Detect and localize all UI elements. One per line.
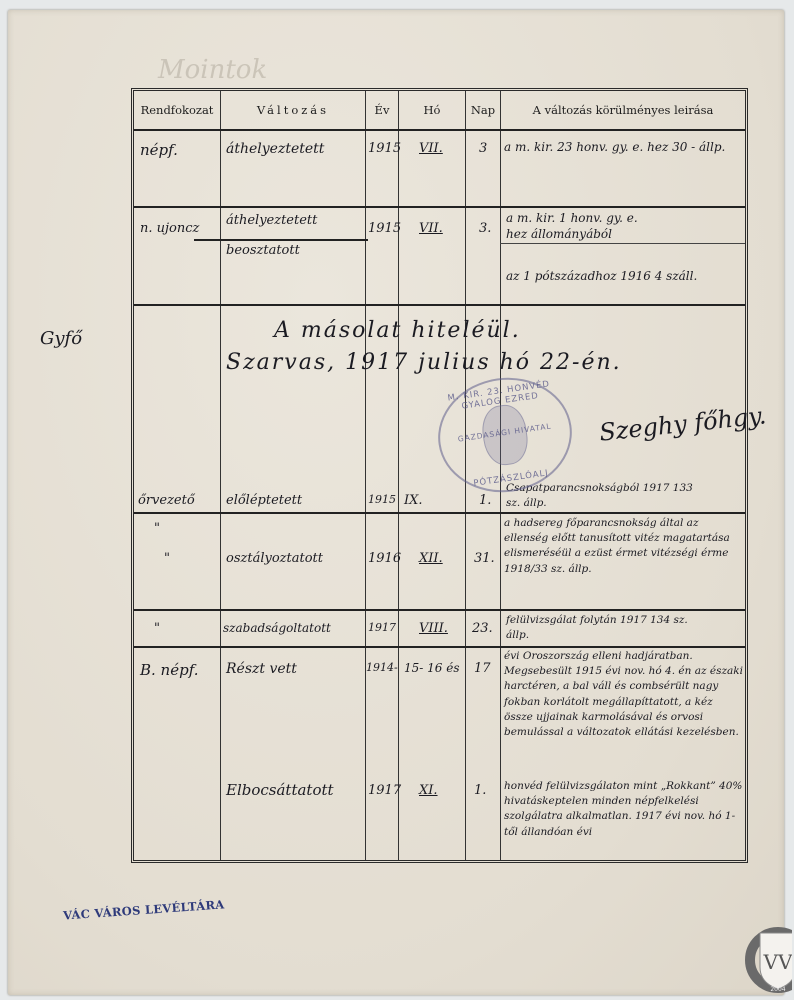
row1-change: áthelyeztetett (226, 141, 324, 159)
row5-change: szabadságoltatott (223, 621, 331, 636)
row6-day: 17 (474, 661, 491, 677)
row2-description-mid: hez állományából (506, 227, 612, 242)
record-table: Rendfokozat Változás Év Hó Nap A változá… (131, 88, 748, 863)
archive-stamp: VÁC VÁROS LEVÉLTÁRA (63, 897, 225, 922)
row5-year: 1917 (368, 621, 396, 635)
header-year: Év (366, 91, 398, 129)
row5-day: 23. (472, 621, 493, 637)
certification-line2: Szarvas, 1917 julius hó 22-én. (226, 349, 622, 377)
row7-month: XI. (419, 783, 438, 799)
row3-year: 1915 (368, 493, 396, 507)
certification-line1: A másolat hiteléül. (274, 317, 521, 345)
row1-month: VII. (419, 141, 443, 157)
row4-change: osztályoztatott (226, 551, 323, 567)
row7-year: 1917 (368, 783, 401, 799)
row1-description: a m. kir. 23 honv. gy. e. hez 30 - állp. (504, 139, 744, 156)
document-page: Mointok Gyfő Rendfokozat Változás Év Hó … (8, 10, 784, 995)
archive-logo: VV 2004 (738, 925, 792, 995)
row2-month: VII. (419, 221, 443, 237)
row2-change-bottom: beosztatott (226, 243, 300, 259)
header-month: Hó (399, 91, 465, 129)
row4-rank-ditto-2: " (164, 551, 170, 567)
row3-change: előléptetett (226, 493, 302, 509)
svg-text:VV: VV (763, 950, 792, 974)
row4-month: XII. (419, 551, 443, 567)
bleed-through-text: Mointok (158, 55, 267, 85)
row1-year: 1915 (368, 141, 401, 157)
row4-description: a hadsereg főparancsnokság által az elle… (504, 516, 744, 577)
row1-rank: népf. (140, 141, 178, 160)
row2-rank: n. ujoncz (140, 221, 199, 237)
row3-description: Csapatparancsnokságból 1917 133 sz. állp… (506, 481, 706, 511)
row3-day: 1. (479, 493, 491, 509)
row2-change-top: áthelyeztetett (226, 213, 317, 229)
row2-description-top: a m. kir. 1 honv. gy. e. (506, 211, 638, 226)
row5-rank-ditto: " (154, 621, 160, 637)
row5-description: felülvizsgálat folytán 1917 134 sz. állp… (506, 613, 696, 643)
row4-year: 1916 (368, 551, 401, 567)
row7-day: 1. (474, 783, 486, 799)
row6-change: Részt vett (226, 661, 297, 679)
svg-text:2004: 2004 (770, 986, 785, 993)
header-change: Változás (221, 91, 365, 129)
signature: Szeghy főhgy. (598, 400, 768, 447)
row7-description: honvéd felülvizsgálaton mint „Rokkant” 4… (504, 779, 744, 840)
header-rank: Rendfokozat (134, 91, 220, 129)
row7-change: Elbocsáttatott (226, 781, 334, 800)
row2-description-bottom: az 1 pótszázadhoz 1916 4 száll. (506, 269, 697, 284)
row2-year: 1915 (368, 221, 401, 237)
row5-month: VIII. (419, 621, 448, 637)
row2-day: 3. (479, 221, 491, 237)
row6-year: 1914- (366, 661, 398, 675)
header-description: A változás körülményes leirása (501, 91, 745, 129)
row6-description: évi Oroszország elleni hadjáratban. Megs… (504, 649, 744, 740)
row4-rank-ditto-1: " (154, 521, 160, 537)
row1-day: 3 (479, 141, 487, 157)
row6-month: 15- 16 és (404, 661, 459, 676)
row3-month: IX. (404, 493, 423, 509)
row6-rank: B. népf. (140, 661, 198, 680)
margin-note: Gyfő (40, 328, 82, 351)
row3-rank: őrvezető (138, 493, 195, 509)
row4-day: 31. (474, 551, 495, 567)
header-day: Nap (466, 91, 500, 129)
archive-logo-icon: VV 2004 (738, 925, 792, 995)
